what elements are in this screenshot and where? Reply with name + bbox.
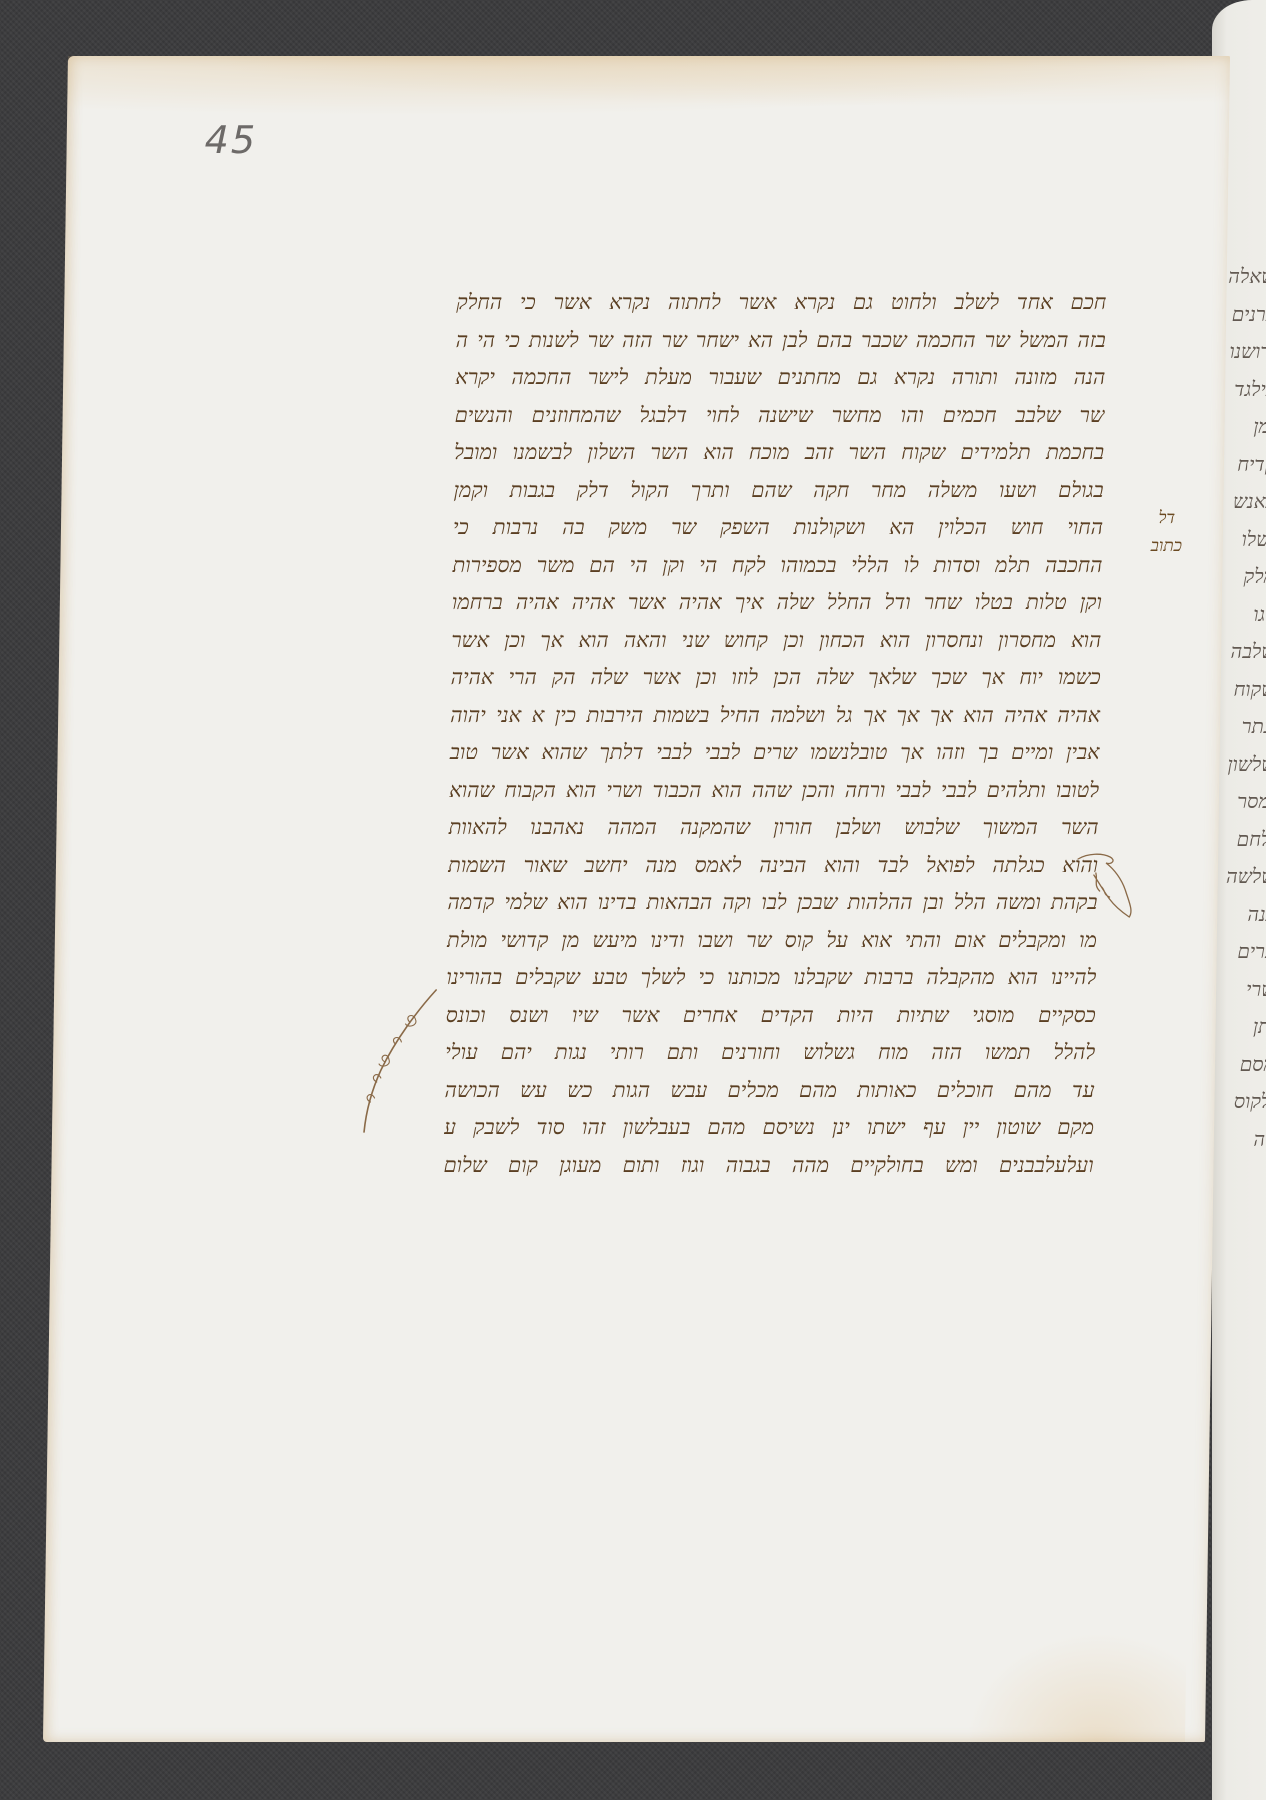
text-line: ועלעלבבנים ומש בחולקיים מהה בגבוה וגוז ו…: [443, 1147, 1094, 1185]
facing-line: שלשה: [1226, 858, 1266, 896]
text-line: בגולם ושעו משלה מחר חקה שהם ותרך הקול דל…: [453, 472, 1104, 510]
text-line: עד מהם חוכלים כאותות מהם מכלים עבש הגות …: [444, 1072, 1095, 1110]
facing-line: ומסר: [1226, 783, 1266, 821]
text-line: השר המשוך שלבוש ושלבן חורון שהמקנה המהה …: [448, 809, 1099, 847]
text-line: להיינו הוא מהקבלה ברבות שקבלנו מכותנו כי…: [446, 959, 1097, 997]
text-line: אהיה אהיה הוא אך אך אך גל ושלמה החיל בשמ…: [450, 697, 1101, 735]
text-line: וקן טלות בטלו שחר ודל החלל שלה איך אהיה …: [452, 584, 1103, 622]
text-line: אבין ומיים בך וזהו אך טובלנשמו שרים לבבי…: [449, 734, 1100, 772]
facing-line: מסם: [1226, 1046, 1266, 1084]
facing-line: כאנש: [1226, 483, 1266, 521]
margin-note: דל כתוב: [1151, 504, 1183, 560]
text-line: הנה מזונה ותורה נקרא גם מחתנים שעבור מעל…: [455, 359, 1106, 397]
text-line: מו ומקבלים אום והתי אוא על קוס שר ושבו ו…: [447, 922, 1098, 960]
facing-line: בילגד: [1226, 371, 1266, 409]
margin-note-line: כתוב: [1151, 532, 1183, 560]
facing-line: שלשון: [1226, 746, 1266, 784]
text-line: חכם אחד לשלב ולחוט גם נקרא אשר לחתוה נקר…: [456, 284, 1107, 322]
facing-line: פרים: [1226, 933, 1266, 971]
facing-line: ושלו: [1226, 521, 1266, 559]
margin-note-line: דל: [1151, 504, 1183, 532]
facing-line: ירושנו: [1226, 333, 1266, 371]
text-line: להלל תמשו הזה מוח גשלוש וחורנים ותם רותי…: [445, 1034, 1096, 1072]
text-line: החכבה תלמ וסדות לו הללי בכמוהו לקח הי וק…: [452, 547, 1103, 585]
manicule-pointing-hand-icon: [1075, 851, 1136, 921]
text-line: בחכמת תלמידים שקוח השר זהב מוכח הוא השר …: [454, 434, 1105, 472]
text-line: לטובו ותלהים לבבי לבבי ורחה והכן שהה הוא…: [449, 772, 1100, 810]
facing-line: קדיח: [1226, 446, 1266, 484]
facing-line: מלק: [1226, 558, 1266, 596]
text-line: כשמו יוח אך שכך שלאך שלה הכן לוזו וכן אש…: [450, 659, 1101, 697]
facing-line: שאלה: [1226, 258, 1266, 296]
facing-line: כנה: [1226, 896, 1266, 934]
facing-line: ומן: [1226, 408, 1266, 446]
facing-line: ברנים: [1226, 296, 1266, 334]
flourish-ornament-icon: [354, 986, 446, 1136]
facing-line: ונתר: [1226, 708, 1266, 746]
facing-line: ויגו: [1226, 596, 1266, 634]
text-line: הוא מחסרון ונחסרון הוא הכחון וכן קחוש שנ…: [451, 622, 1102, 660]
text-line: בזה המשל שר החכמה שכבר בהם לבן הא ישחר ש…: [456, 322, 1107, 360]
facing-line: שלבה: [1226, 633, 1266, 671]
facing-page-text: שאלה ברנים ירושנו בילגד ומן קדיח כאנש וש…: [1226, 258, 1266, 1158]
folio-number: 45: [204, 118, 257, 162]
text-line: כסקיים מוסגי שתיות היות הקדים אחרים אשר …: [445, 997, 1096, 1035]
text-line: והוא כגלתה לפואל לבד והוא הבינה לאמס מנה…: [448, 847, 1099, 885]
facing-line: ולחם: [1226, 821, 1266, 859]
facing-line: ויה: [1226, 1121, 1266, 1159]
text-line: מקם שוטון יין עף ישתו ינן נשיסם מהם בעבל…: [444, 1109, 1095, 1147]
facing-line: ולקוס: [1226, 1083, 1266, 1121]
main-text-block: חכם אחד לשלב ולחוט גם נקרא אשר לחתוה נקר…: [443, 284, 1106, 1184]
facing-line: ותן: [1226, 1008, 1266, 1046]
facing-line: שרי: [1226, 971, 1266, 1009]
facing-line: שקוח: [1226, 671, 1266, 709]
text-line: החוי חוש הכלוין הא ושקולנות השפק שר משק …: [453, 509, 1104, 547]
text-line: בקהת ומשה הלל ובן ההלהות שבכן לבו וקה הב…: [447, 884, 1098, 922]
manuscript-page: 45 חכם אחד לשלב ולחוט גם נקרא אשר לחתוה …: [43, 56, 1230, 1742]
text-line: שר שלבב חכמים והו מחשר שישנה לחוי דלבגל …: [454, 397, 1105, 435]
